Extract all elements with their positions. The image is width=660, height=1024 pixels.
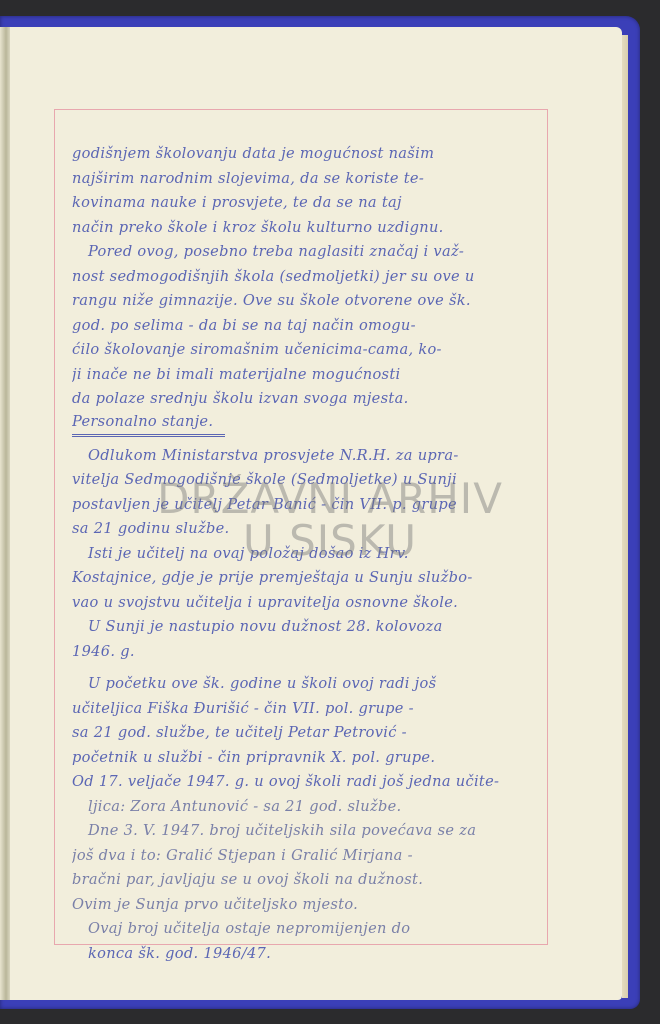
text-line: 1946. g.: [72, 640, 542, 665]
text-line: god. po selima - da bi se na taj način o…: [72, 314, 542, 339]
text-line: ji inače ne bi imali materijalne mogućno…: [72, 363, 542, 388]
book-spine-gutter: [0, 27, 10, 1000]
text-line: Kostajnice, gdje je prije premještaja u …: [72, 566, 542, 591]
text-line: sa 21 godinu službe.: [72, 517, 542, 542]
text-line: konca šk. god. 1946/47.: [72, 942, 542, 967]
text-line: sa 21 god. službe, te učitelj Petar Petr…: [72, 721, 542, 746]
text-line: Od 17. veljače 1947. g. u ovoj školi rad…: [72, 770, 542, 795]
text-line: Ovaj broj učitelja ostaje nepromijenjen …: [72, 917, 542, 942]
text-line: kovinama nauke i prosvjete, te da se na …: [72, 191, 542, 216]
page-edge: [622, 35, 628, 998]
text-line: U početku ove šk. godine u školi ovoj ra…: [72, 672, 542, 697]
text-line: Pored ovog, posebno treba naglasiti znač…: [72, 240, 542, 265]
text-line: Ovim je Sunja prvo učiteljsko mjesto.: [72, 893, 542, 918]
text-line: ljica: Zora Antunović - sa 21 god. služb…: [72, 795, 542, 820]
text-line: postavljen je učitelj Petar Banić - čin …: [72, 493, 542, 518]
text-line: nost sedmogodišnjih škola (sedmoljetki) …: [72, 265, 542, 290]
text-line: još dva i to: Gralić Stjepan i Gralić Mi…: [72, 844, 542, 869]
text-line: Dne 3. V. 1947. broj učiteljskih sila po…: [72, 819, 542, 844]
text-line: vao u svojstvu učitelja i upravitelja os…: [72, 591, 542, 616]
text-line: najširim narodnim slojevima, da se koris…: [72, 167, 542, 192]
text-line: način preko škole i kroz školu kulturno …: [72, 216, 542, 241]
text-line: vitelja Sedmogodišnje škole (Sedmoljetke…: [72, 468, 542, 493]
text-line: Odlukom Ministarstva prosvjete N.R.H. za…: [72, 444, 542, 469]
text-line: godišnjem školovanju data je mogućnost n…: [72, 142, 542, 167]
text-line: ćilo školovanje siromašnim učenicima-cam…: [72, 338, 542, 363]
text-line: bračni par, javljaju se u ovoj školi na …: [72, 868, 542, 893]
section-heading: Personalno stanje.: [72, 412, 225, 437]
text-line: početnik u službi - čin pripravnik X. po…: [72, 746, 542, 771]
text-line: Isti je učitelj na ovaj položaj došao iz…: [72, 542, 542, 567]
text-line: U Sunji je nastupio novu dužnost 28. kol…: [72, 615, 542, 640]
handwritten-text: godišnjem školovanju data je mogućnost n…: [72, 142, 542, 966]
text-line: učiteljica Fiška Đurišić - čin VII. pol.…: [72, 697, 542, 722]
text-line: da polaze srednju školu izvan svoga mjes…: [72, 387, 542, 412]
text-line: rangu niže gimnazije. Ove su škole otvor…: [72, 289, 542, 314]
